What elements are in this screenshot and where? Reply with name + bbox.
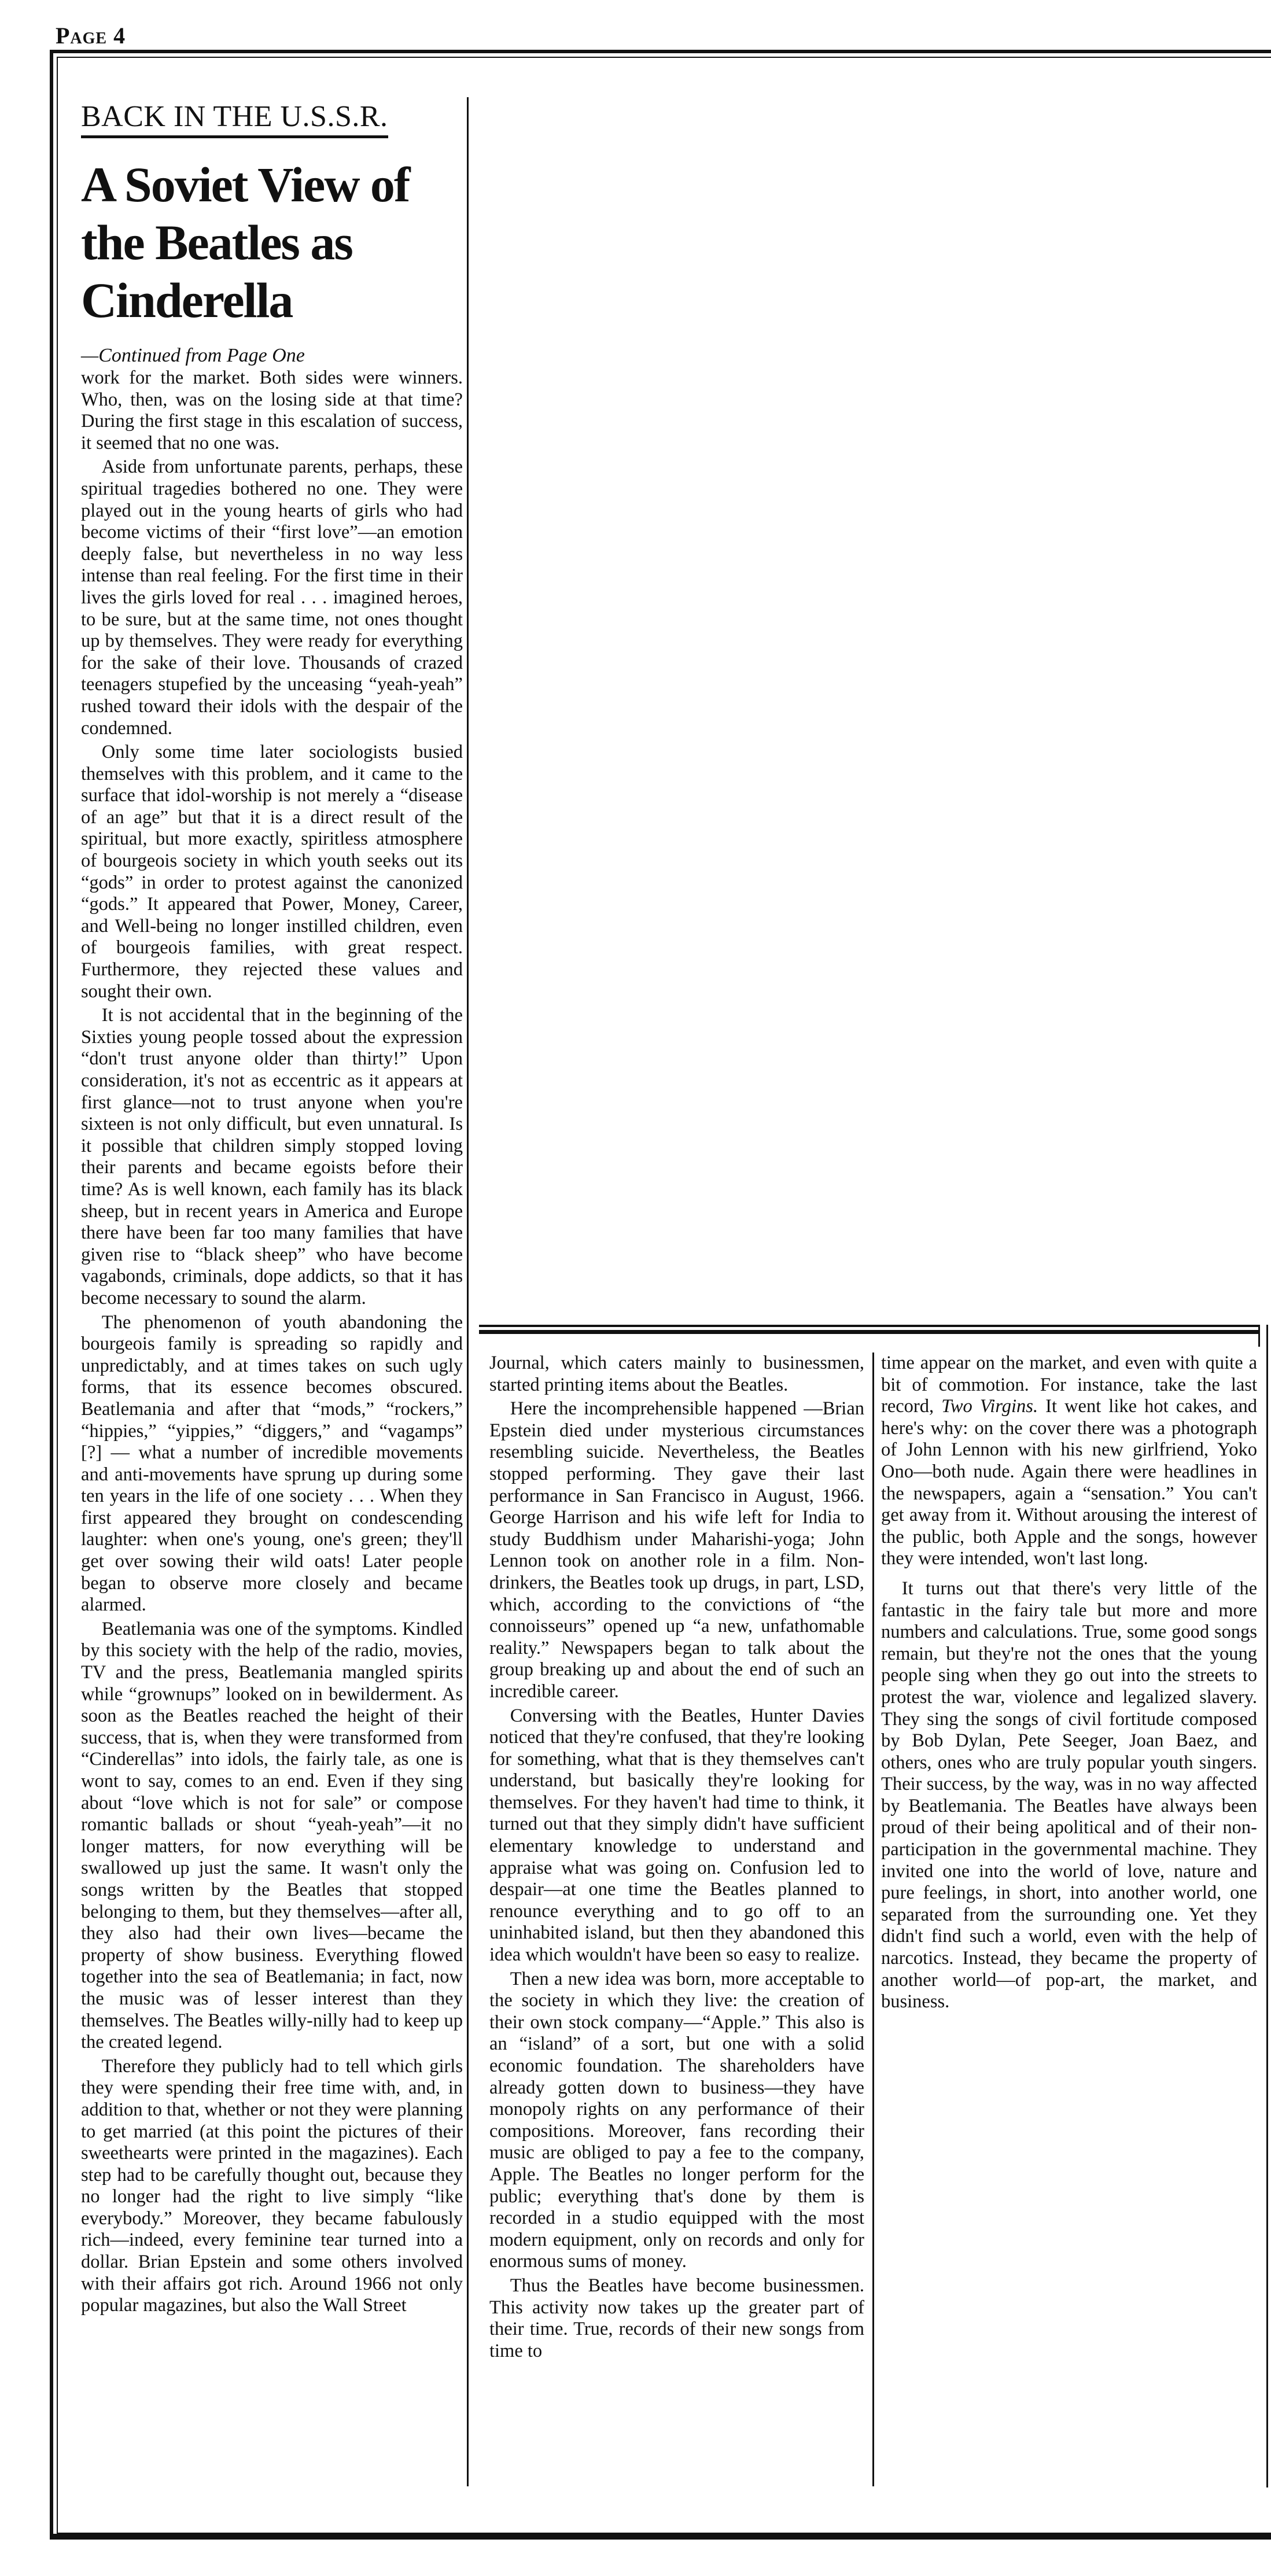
paragraph: Beatlemania was one of the symptoms. Kin…: [81, 1619, 463, 2054]
paragraph: The phenomenon of youth abandoning the b…: [81, 1312, 463, 1616]
article-headline: A Soviet View of the Beatles as Cinderel…: [81, 156, 463, 329]
section-rule-bottom: [479, 1330, 1260, 1334]
section-rule-top: [479, 1325, 1260, 1327]
continued-from-note: —Continued from Page One: [81, 344, 463, 367]
record-title: Two Virgins.: [941, 1396, 1038, 1417]
paragraph-text: It went like hot cakes, and here's why: …: [881, 1396, 1257, 1569]
paragraph: Then a new idea was born, more acceptabl…: [489, 1969, 864, 2273]
page-number-label: Page 4: [56, 22, 126, 49]
paragraph: Journal, which caters mainly to business…: [489, 1353, 864, 1396]
paragraph: work for the market. Both sides were win…: [81, 367, 463, 454]
paragraph: Only some time later sociologists busied…: [81, 742, 463, 1003]
paragraph: It turns out that there's very little of…: [881, 1578, 1257, 2013]
left-column: BACK IN THE U.S.S.R. A Soviet View of th…: [81, 99, 463, 2319]
right-column: time appear on the market, and even with…: [881, 1353, 1257, 2015]
paragraph: Here the incomprehensible happened —Bria…: [489, 1398, 864, 1702]
column-rule-right: [1266, 1325, 1268, 2487]
paragraph: Aside from unfortunate parents, perhaps,…: [81, 456, 463, 739]
paragraph: It is not accidental that in the beginni…: [81, 1005, 463, 1309]
article-kicker: BACK IN THE U.S.S.R.: [81, 99, 388, 138]
paragraph: Therefore they publicly had to tell whic…: [81, 2056, 463, 2317]
paragraph: Conversing with the Beatles, Hunter Davi…: [489, 1705, 864, 1966]
paragraph: Thus the Beatles have become businessmen…: [489, 2275, 864, 2362]
paragraph: time appear on the market, and even with…: [881, 1353, 1257, 1570]
column-rule-left: [467, 97, 469, 2486]
column-rule-middle: [872, 1353, 874, 2486]
section-rule-end-tick: [1258, 1325, 1260, 1347]
middle-column: Journal, which caters mainly to business…: [489, 1353, 864, 2364]
